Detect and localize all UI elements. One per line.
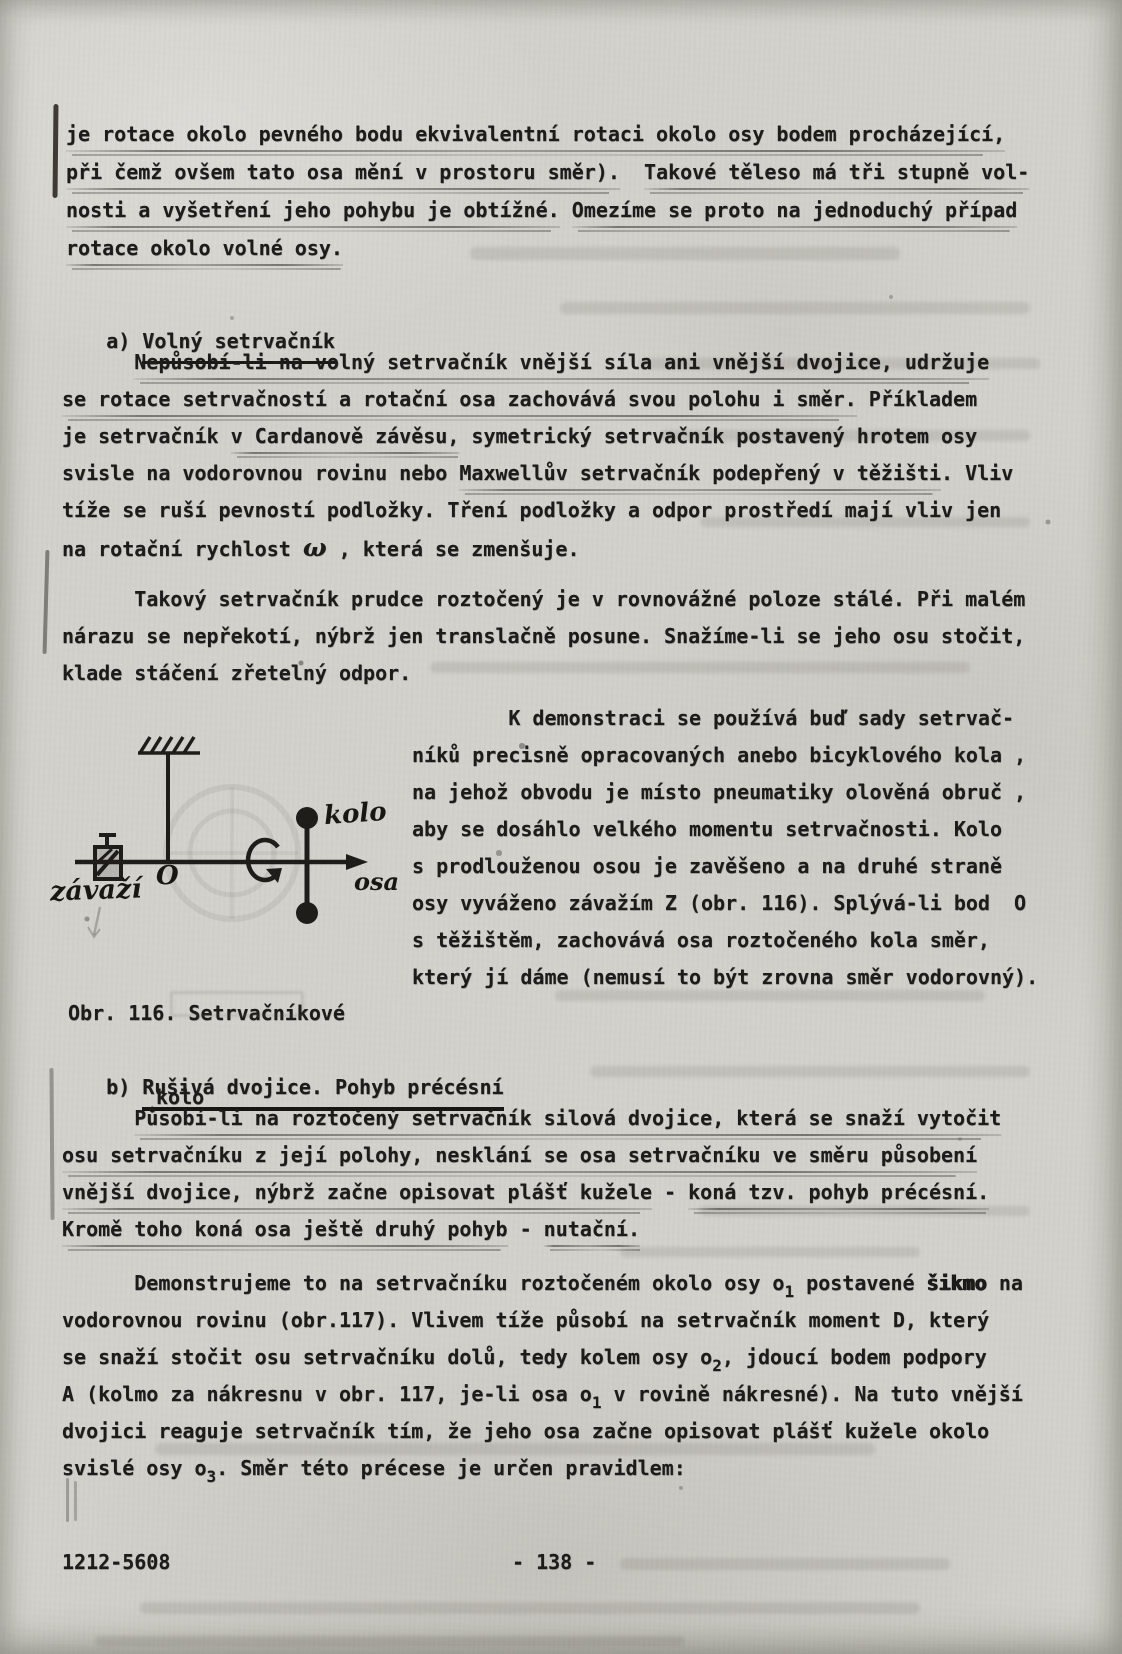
text-line: níků precisně opracovaných anebo bicyklo… xyxy=(412,737,1092,774)
text-segment: osu setrvačníku z její polohy, nesklání … xyxy=(62,1143,977,1177)
text-line: je setrvačník v Cardanově závěsu, symetr… xyxy=(62,418,1072,455)
paragraph-demonstration: K demonstraci se používá buď sady setrva… xyxy=(412,700,1092,996)
text-segment: níků precisně opracovaných anebo bicyklo… xyxy=(412,743,1026,767)
pencil-margin-stroke xyxy=(43,550,50,654)
pencil-margin-stroke xyxy=(49,1068,54,1220)
text-segment: Maxwellův setrvačník podepřený v těžišti xyxy=(459,461,941,495)
document-page: je rotace okolo pevného bodu ekvivalentn… xyxy=(0,0,1122,1654)
text-line: osy vyváženo závažím Z (obr. 116). Splýv… xyxy=(412,885,1092,922)
gyroscope-wheel-diagram xyxy=(50,725,415,940)
bleedthrough-smudge xyxy=(590,1066,1030,1077)
figure-label-weight: závaží xyxy=(49,873,142,907)
text-segment: Působí-li na roztočený setrvačník silová… xyxy=(134,1106,1001,1140)
text-line: vnější dvojice, nýbrž začne opisovat plá… xyxy=(62,1174,1072,1211)
text-segment xyxy=(62,1106,134,1130)
text-segment: symetrický setrvačník postavený hrotem o… xyxy=(459,424,977,448)
text-line: aby se dosáhlo velkého momentu setrvačno… xyxy=(412,811,1092,848)
text-segment: při čemž ovšem tato osa mění v prostoru … xyxy=(66,160,620,194)
figure-label-axis: osa xyxy=(354,867,399,896)
bleedthrough-smudge xyxy=(620,1247,920,1257)
faint-wheel-circles xyxy=(166,787,298,919)
text-segment: dvojici reaguje setrvačník tím, že jeho … xyxy=(62,1419,989,1443)
text-segment: je setrvačník xyxy=(62,424,231,448)
text-segment: s prodlouženou osou je zavěšeno a na dru… xyxy=(412,854,1002,878)
text-segment: v rovině nákresné). Na tuto vnější xyxy=(601,1382,1022,1406)
paragraph-free-gyroscope: Nepůsobí-li na volný setrvačník vnější s… xyxy=(62,344,1072,566)
text-segment: se rotace setrvačností a rotační osa zac… xyxy=(62,387,857,421)
text-line: nárazu se nepřekotí, nýbrž jen translačn… xyxy=(62,618,1072,655)
text-segment: šikmo xyxy=(927,1271,987,1295)
text-segment: nutační. xyxy=(544,1217,640,1251)
text-segment: vnější dvojice, nýbrž začne opisovat plá… xyxy=(62,1180,652,1214)
weight-symbol xyxy=(95,835,121,879)
text-segment: nárazu se nepřekotí, nýbrž jen translačn… xyxy=(62,624,1025,648)
paragraph-precession: Působí-li na roztočený setrvačník silová… xyxy=(62,1100,1072,1248)
ink-margin-stroke xyxy=(53,104,59,198)
paragraph-stability: Takový setrvačník prudce roztočený je v … xyxy=(62,581,1072,692)
bleedthrough-smudge xyxy=(95,1636,685,1646)
text-line: rotace okolo volné osy. xyxy=(66,229,1066,267)
text-segment: Omezíme se proto na jednoduchý případ xyxy=(572,198,1018,232)
text-segment: se snaží stočit osu setrvačníku dolů, te… xyxy=(62,1345,712,1369)
handwritten-omega-symbol: ω xyxy=(303,533,327,562)
section-b-prefix: b) xyxy=(106,1075,142,1099)
text-segment: svislé osy o xyxy=(62,1456,207,1480)
bleedthrough-smudge xyxy=(620,1558,950,1570)
intro-paragraph: je rotace okolo pevného bodu ekvivalentn… xyxy=(66,115,1066,267)
text-line: Působí-li na roztočený setrvačník silová… xyxy=(62,1100,1072,1137)
text-segment: 1 xyxy=(592,1393,602,1412)
text-line: se rotace setrvačností a rotační osa zac… xyxy=(62,381,1072,418)
text-segment: nosti a vyšetření jeho pohybu je obtížné… xyxy=(66,198,560,232)
text-line: svisle na vodorovnou rovinu nebo Maxwell… xyxy=(62,455,1072,492)
text-segment: . Směr této précese je určen pravidlem: xyxy=(216,1456,686,1480)
figure-label-wheel: kolo xyxy=(323,797,388,831)
bleedthrough-smudge xyxy=(560,302,1030,314)
text-segment: 3 xyxy=(207,1467,217,1486)
text-segment: s těžištěm, zachovává osa roztočeného ko… xyxy=(412,928,990,952)
text-line: vodorovnou rovinu (obr.117). Vlivem tíže… xyxy=(62,1302,1072,1339)
text-line: Takový setrvačník prudce roztočený je v … xyxy=(62,581,1072,618)
page-number: - 138 - xyxy=(512,1550,596,1574)
text-segment: vodorovnou rovinu (obr.117). Vlivem tíže… xyxy=(62,1308,989,1332)
text-line: s těžištěm, zachovává osa roztočeného ko… xyxy=(412,922,1092,959)
text-line: na jehož obvodu je místo pneumatiky olov… xyxy=(412,774,1092,811)
text-line: s prodlouženou osou je zavěšeno a na dru… xyxy=(412,848,1092,885)
ceiling-hatch xyxy=(138,737,200,753)
faint-erased-mark xyxy=(170,991,304,1017)
text-line: A (kolmo za nákresnu v obr. 117, je-li o… xyxy=(62,1376,1072,1413)
text-line: K demonstraci se používá buď sady setrva… xyxy=(412,700,1092,737)
figure-obr-116: závaží O kolo osa Obr. 116. Setrvačníkov… xyxy=(50,725,415,1040)
text-line: na rotační rychlost ω , která se zmenšuj… xyxy=(62,529,1072,566)
text-line: Kromě toho koná osa ještě druhý pohyb - … xyxy=(62,1211,1072,1248)
text-segment: . Vliv xyxy=(941,461,1013,485)
text-segment: na jehož obvodu je místo pneumatiky olov… xyxy=(412,780,1026,804)
text-line: Demonstrujeme to na setrvačníku roztočen… xyxy=(62,1265,1072,1302)
text-segment: Takový setrvačník prudce roztočený je v … xyxy=(62,587,1025,611)
text-segment: na rotační rychlost xyxy=(62,537,303,561)
document-number: 1212-5608 xyxy=(62,1550,170,1574)
text-segment: svisle na vodorovnou rovinu nebo xyxy=(62,461,459,485)
text-segment xyxy=(560,198,572,222)
text-segment: osy vyváženo závažím Z (obr. 116). Splýv… xyxy=(412,891,1026,915)
text-segment: klade stáčení zřetelný odpor. xyxy=(62,661,411,685)
text-segment: který jí dáme (nemusí to být zrovna směr… xyxy=(412,965,1038,989)
text-segment: postavené xyxy=(794,1271,926,1295)
text-line: při čemž ovšem tato osa mění v prostoru … xyxy=(66,153,1066,191)
text-segment: - xyxy=(652,1180,688,1204)
text-line: osu setrvačníku z její polohy, nesklání … xyxy=(62,1137,1072,1174)
bleedthrough-smudge xyxy=(140,1602,920,1614)
text-segment: je rotace okolo pevného bodu ekvivalentn… xyxy=(66,122,1005,156)
text-line: klade stáčení zřetelný odpor. xyxy=(62,655,1072,692)
text-segment: v Cardanově závěsu, xyxy=(231,424,460,458)
text-segment: Demonstrujeme to na setrvačníku roztočen… xyxy=(62,1271,784,1295)
text-segment: K demonstraci se používá buď sady setrva… xyxy=(412,706,1014,730)
text-line: je rotace okolo pevného bodu ekvivalentn… xyxy=(66,115,1066,153)
text-segment: 2 xyxy=(712,1356,722,1375)
text-segment: Kromě toho koná osa ještě druhý pohyb xyxy=(62,1217,508,1251)
paragraph-demonstration-tilted: Demonstrujeme to na setrvačníku roztočen… xyxy=(62,1265,1072,1487)
text-segment: - xyxy=(508,1217,544,1241)
text-segment: Příkladem xyxy=(857,387,977,411)
text-line: svislé osy o3. Směr této précese je urče… xyxy=(62,1450,1072,1487)
text-segment: aby se dosáhlo velkého momentu setrvačno… xyxy=(412,817,1002,841)
text-segment: na xyxy=(987,1271,1023,1295)
text-segment xyxy=(62,350,134,374)
text-line: který jí dáme (nemusí to být zrovna směr… xyxy=(412,959,1092,996)
text-segment: , která se zmenšuje. xyxy=(327,537,580,561)
text-segment: , jdoucí bodem podpory xyxy=(722,1345,987,1369)
figure-label-origin: O xyxy=(156,861,179,891)
text-segment: koná tzv. pohyb précésní. xyxy=(688,1180,989,1214)
text-segment: A (kolmo za nákresnu v obr. 117, je-li o… xyxy=(62,1382,592,1406)
paper-specks xyxy=(0,0,2,2)
text-segment: rotace okolo volné osy. xyxy=(66,236,343,270)
text-segment xyxy=(620,160,644,184)
text-line: tíže se ruší pevností podložky. Tření po… xyxy=(62,492,1072,529)
text-segment: 1 xyxy=(784,1282,794,1301)
text-segment: tíže se ruší pevností podložky. Tření po… xyxy=(62,498,1001,522)
text-line: se snaží stočit osu setrvačníku dolů, te… xyxy=(62,1339,1072,1376)
text-segment: Takové těleso má tři stupně vol- xyxy=(644,160,1029,194)
text-line: Nepůsobí-li na volný setrvačník vnější s… xyxy=(62,344,1072,381)
text-segment: Nepůsobí-li na volný setrvačník vnější s… xyxy=(134,350,989,384)
faint-down-arrow xyxy=(88,907,100,937)
text-line: nosti a vyšetření jeho pohybu je obtížné… xyxy=(66,191,1066,229)
text-line: dvojici reaguje setrvačník tím, že jeho … xyxy=(62,1413,1072,1450)
